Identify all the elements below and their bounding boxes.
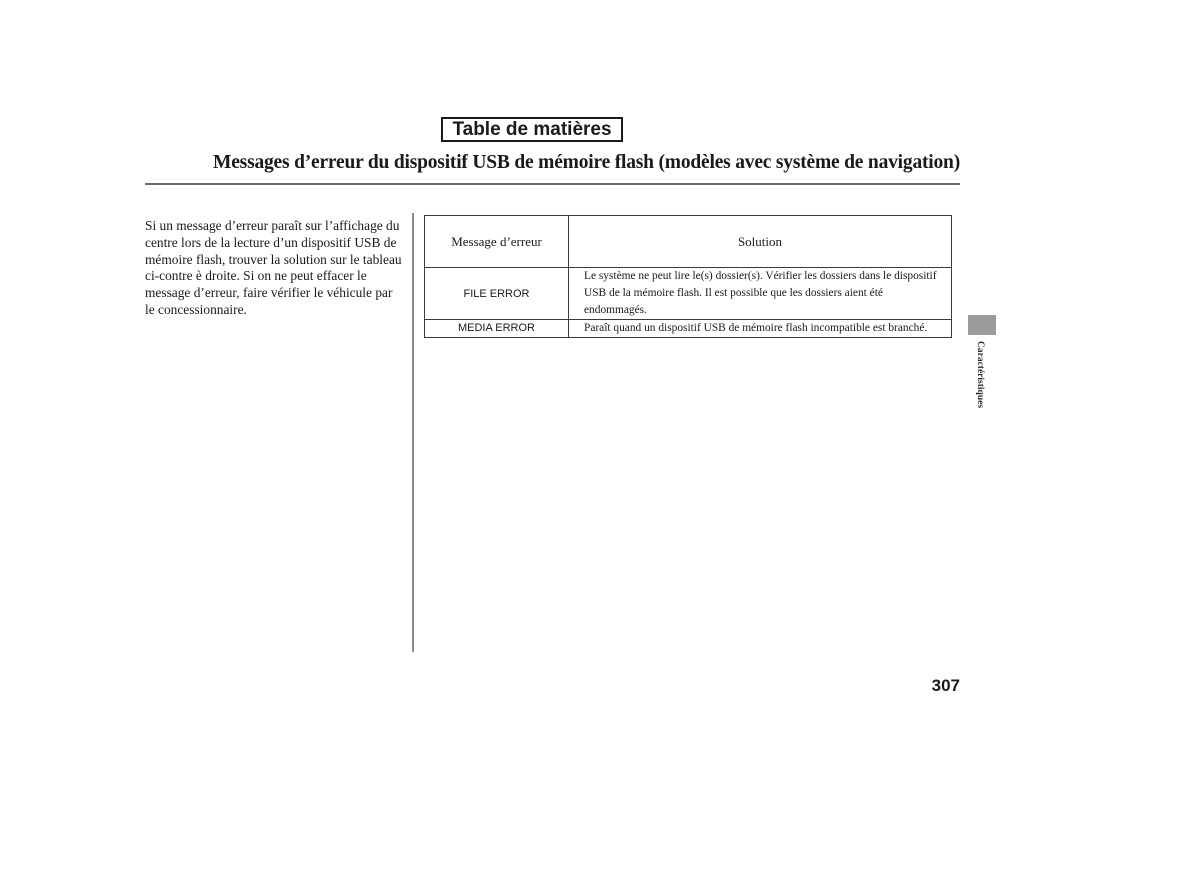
section-tab-label: Caractéristiques	[971, 341, 985, 421]
table-row: MEDIA ERROR Paraît quand un dispositif U…	[425, 320, 952, 338]
table-header-row: Message d’erreur Solution	[425, 216, 952, 268]
section-tab-marker	[968, 315, 996, 335]
table-row: FILE ERROR Le système ne peut lire le(s)…	[425, 268, 952, 320]
header-error-message: Message d’erreur	[425, 216, 569, 268]
page-title: Messages d’erreur du dispositif USB de m…	[145, 152, 960, 174]
page-number: 307	[900, 676, 960, 696]
error-messages-table: Message d’erreur Solution FILE ERROR Le …	[424, 215, 952, 338]
header-solution: Solution	[569, 216, 952, 268]
error-solution: Le système ne peut lire le(s) dossier(s)…	[569, 268, 952, 320]
title-divider	[145, 183, 960, 185]
error-code: MEDIA ERROR	[425, 320, 569, 338]
column-divider	[412, 213, 414, 652]
error-code: FILE ERROR	[425, 268, 569, 320]
intro-paragraph: Si un message d’erreur paraît sur l’affi…	[145, 218, 405, 319]
error-solution: Paraît quand un dispositif USB de mémoir…	[569, 320, 952, 338]
table-of-contents-button[interactable]: Table de matières	[441, 117, 623, 142]
